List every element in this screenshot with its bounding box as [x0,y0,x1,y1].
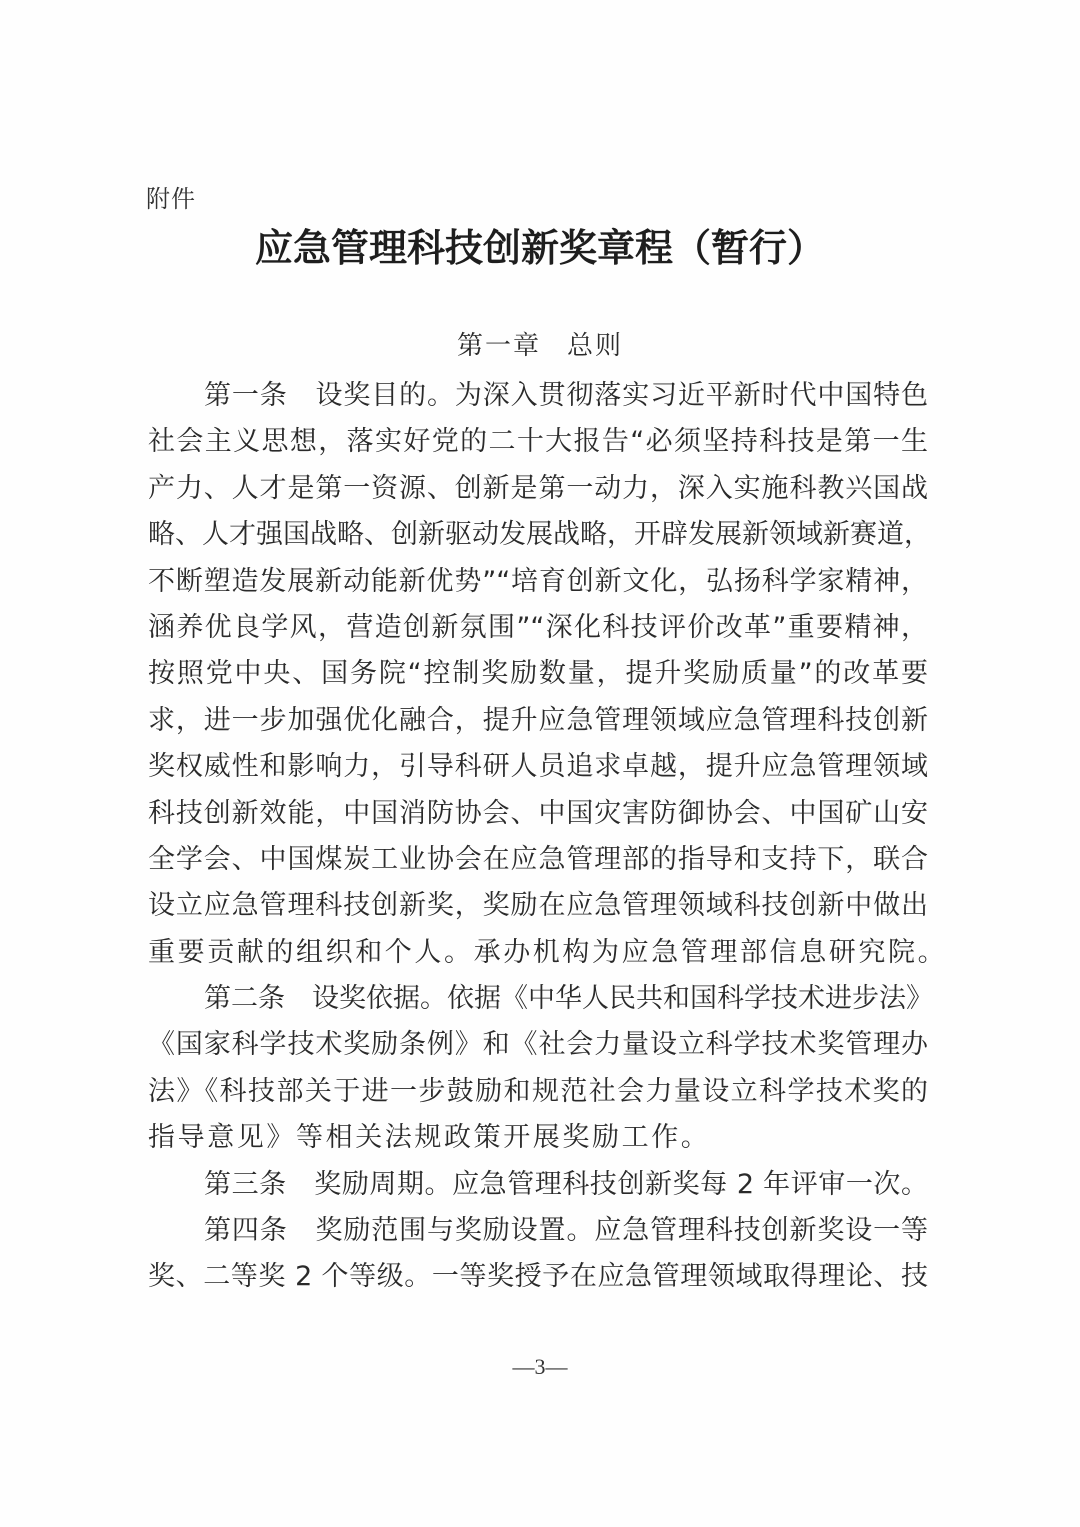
document-page: 附件 应急管理科技创新奖章程（暂行） 第一章总则 第一条 设奖目的。为深入贯彻落… [0,0,1080,1527]
text-line: 产力、人才是第一资源、创新是第一动力，深入实施科教兴国战 [148,466,928,512]
text-line: 第三条 奖励周期。应急管理科技创新奖每 2 年评审一次。 [148,1162,928,1208]
attachment-label: 附件 [146,183,196,215]
text-line: 略、人才强国战略、创新驱动发展战略，开辟发展新领域新赛道， [148,512,928,558]
chapter-number: 第一章 [457,331,541,361]
text-line: 奖权威性和影响力，引导科研人员追求卓越，提升应急管理领域 [148,744,928,790]
chapter-heading: 第一章总则 [0,328,1080,364]
text-line: 法》《科技部关于进一步鼓励和规范社会力量设立科学技术奖的 [148,1069,928,1115]
text-line: 涵养优良学风，营造创新氛围”“深化科技评价改革”重要精神， [148,605,928,651]
text-line: 《国家科学技术奖励条例》和《社会力量设立科学技术奖管理办 [148,1022,928,1068]
text-line: 第四条 奖励范围与奖励设置。应急管理科技创新奖设一等 [148,1208,928,1254]
page-number: —3— [0,1354,1080,1380]
text-line: 按照党中央、国务院“控制奖励数量，提升奖励质量”的改革要 [148,651,928,697]
text-line: 社会主义思想，落实好党的二十大报告“必须坚持科技是第一生 [148,419,928,465]
text-line: 设立应急管理科技创新奖，奖励在应急管理领域科技创新中做出 [148,883,928,929]
document-title: 应急管理科技创新奖章程（暂行） [0,222,1080,274]
text-line: 全学会、中国煤炭工业协会在应急管理部的指导和支持下，联合 [148,837,928,883]
text-line: 求，进一步加强优化融合，提升应急管理领域应急管理科技创新 [148,698,928,744]
chapter-name: 总则 [567,331,623,361]
text-line: 科技创新效能，中国消防协会、中国灾害防御协会、中国矿山安 [148,791,928,837]
text-line: 重要贡献的组织和个人。承办机构为应急管理部信息研究院。 [148,930,928,976]
text-line: 不断塑造发展新动能新优势”“培育创新文化，弘扬科学家精神， [148,559,928,605]
body-text: 第一条 设奖目的。为深入贯彻落实习近平新时代中国特色 社会主义思想，落实好党的二… [148,373,928,1301]
text-line: 奖、二等奖 2 个等级。一等奖授予在应急管理领域取得理论、技 [148,1254,928,1300]
text-line: 第一条 设奖目的。为深入贯彻落实习近平新时代中国特色 [148,373,928,419]
text-line: 第二条 设奖依据。依据《中华人民共和国科学技术进步法》 [148,976,928,1022]
text-line: 指导意见》等相关法规政策开展奖励工作。 [148,1115,928,1161]
